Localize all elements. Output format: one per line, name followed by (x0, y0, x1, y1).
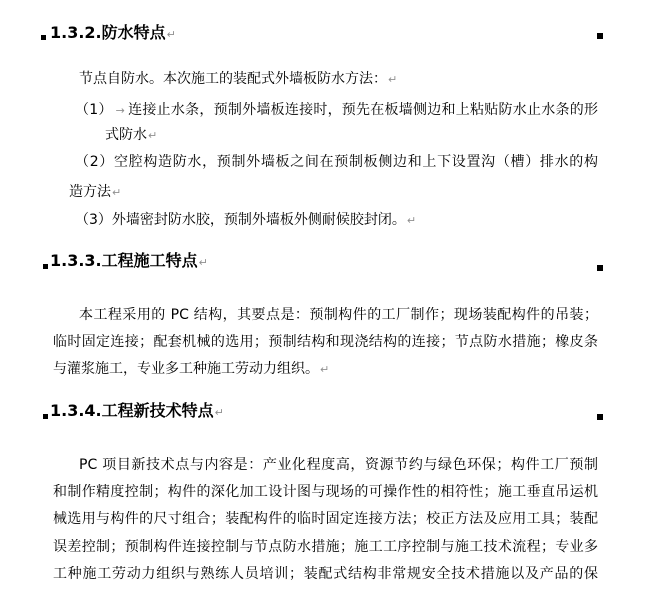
list-item-1-line-2: 式防水↵ (105, 127, 157, 145)
item-text: （2）空腔构造防水，预制外墙板之间在预制板侧边和上下设置沟（槽）排水的构 (75, 154, 598, 170)
paragraph-text: 和制作精度控制；构件的深化加工设计图与现场的可操作性的相符性；施工垂直吊运机 (53, 484, 598, 500)
paragraph-newtech-line-5: 工种施工劳动力组织与熟练人员培训；装配式结构非常规安全技术措施以及产品的保 (53, 566, 598, 584)
paragraph-text: 工种施工劳动力组织与熟练人员培训；装配式结构非常规安全技术措施以及产品的保 (53, 566, 598, 582)
list-item-3: （3）外墙密封防水胶，预制外墙板外侧耐候胶封闭。↵ (75, 212, 416, 230)
heading-format-square-left-133 (43, 264, 48, 269)
paragraph-mark-icon: ↵ (111, 186, 121, 199)
paragraph-construction-line-2: 临时固定连接；配套机械的选用；预制结构和现浇结构的连接；节点防水措施；橡皮条 (53, 334, 598, 352)
heading-format-square-right-134 (597, 414, 603, 420)
paragraph-newtech-line-3: 械选用与构件的尺寸组合；装配构件的临时固定连接方法；校正方法及应用工具；装配 (53, 511, 598, 529)
paragraph-mark-icon: ↵ (147, 129, 157, 142)
item-text: 式防水 (105, 127, 147, 143)
list-item-2-line-1: （2）空腔构造防水，预制外墙板之间在预制板侧边和上下设置沟（槽）排水的构 (75, 154, 598, 172)
heading-text: 1.3.4.工程新技术特点 (50, 401, 214, 420)
paragraph-mark-icon: ↵ (319, 363, 329, 376)
paragraph-newtech-line-2: 和制作精度控制；构件的深化加工设计图与现场的可操作性的相符性；施工垂直吊运机 (53, 484, 598, 502)
heading-text: 1.3.2.防水特点 (50, 23, 166, 42)
heading-format-square-right-133 (597, 265, 603, 271)
item-text: 连接止水条，预制外墙板连接时，预先在板墙侧边和上粘贴防水止水条的形 (128, 102, 598, 118)
paragraph-text: 本工程采用的 PC 结构，其要点是：预制构件的工厂制作；现场装配构件的吊装； (79, 307, 598, 323)
tab-mark-icon: → (113, 104, 128, 117)
heading-format-square-left-132 (41, 35, 46, 40)
document-page: 1.3.2.防水特点↵ 节点自防水。本次施工的装配式外墙板防水方法：↵ （1）→… (0, 0, 648, 597)
heading-1-3-2: 1.3.2.防水特点↵ (50, 24, 176, 42)
paragraph-mark-icon: ↵ (166, 28, 176, 41)
heading-format-square-right-132 (597, 33, 603, 39)
heading-format-square-left-134 (43, 414, 48, 419)
paragraph-mark-icon: ↵ (214, 406, 224, 419)
paragraph-text: 临时固定连接；配套机械的选用；预制结构和现浇结构的连接；节点防水措施；橡皮条 (53, 334, 598, 350)
list-item-1-line-1: （1）→连接止水条，预制外墙板连接时，预先在板墙侧边和上粘贴防水止水条的形 (75, 102, 598, 120)
paragraph-text: 与灌浆施工，专业多工种施工劳动力组织。 (53, 361, 319, 377)
paragraph-text: 械选用与构件的尺寸组合；装配构件的临时固定连接方法；校正方法及应用工具；装配 (53, 511, 598, 527)
heading-text: 1.3.3.工程施工特点 (50, 251, 198, 270)
paragraph-mark-icon: ↵ (198, 256, 208, 269)
item-text: 造方法 (69, 184, 111, 200)
list-item-2-line-2: 造方法↵ (69, 184, 121, 202)
paragraph-construction-line-1: 本工程采用的 PC 结构，其要点是：预制构件的工厂制作；现场装配构件的吊装； (79, 307, 598, 325)
item-text: （3）外墙密封防水胶，预制外墙板外侧耐候胶封闭。 (75, 212, 406, 228)
paragraph-mark-icon: ↵ (387, 73, 397, 86)
paragraph-newtech-line-4: 误差控制；预制构件连接控制与节点防水措施；施工工序控制与施工技术流程；专业多 (53, 539, 598, 557)
paragraph-text: PC 项目新技术点与内容是：产业化程度高，资源节约与绿色环保；构件工厂预制 (79, 457, 598, 473)
heading-1-3-3: 1.3.3.工程施工特点↵ (50, 252, 208, 270)
paragraph-text: 误差控制；预制构件连接控制与节点防水措施；施工工序控制与施工技术流程；专业多 (53, 539, 598, 555)
paragraph-newtech-line-1: PC 项目新技术点与内容是：产业化程度高，资源节约与绿色环保；构件工厂预制 (79, 457, 598, 475)
heading-1-3-4: 1.3.4.工程新技术特点↵ (50, 402, 224, 420)
item-number: （1） (75, 102, 113, 118)
paragraph-construction-line-3: 与灌浆施工，专业多工种施工劳动力组织。↵ (53, 361, 329, 379)
paragraph-mark-icon: ↵ (406, 214, 416, 227)
paragraph-text: 节点自防水。本次施工的装配式外墙板防水方法： (79, 71, 387, 87)
paragraph-intro: 节点自防水。本次施工的装配式外墙板防水方法：↵ (79, 71, 397, 89)
